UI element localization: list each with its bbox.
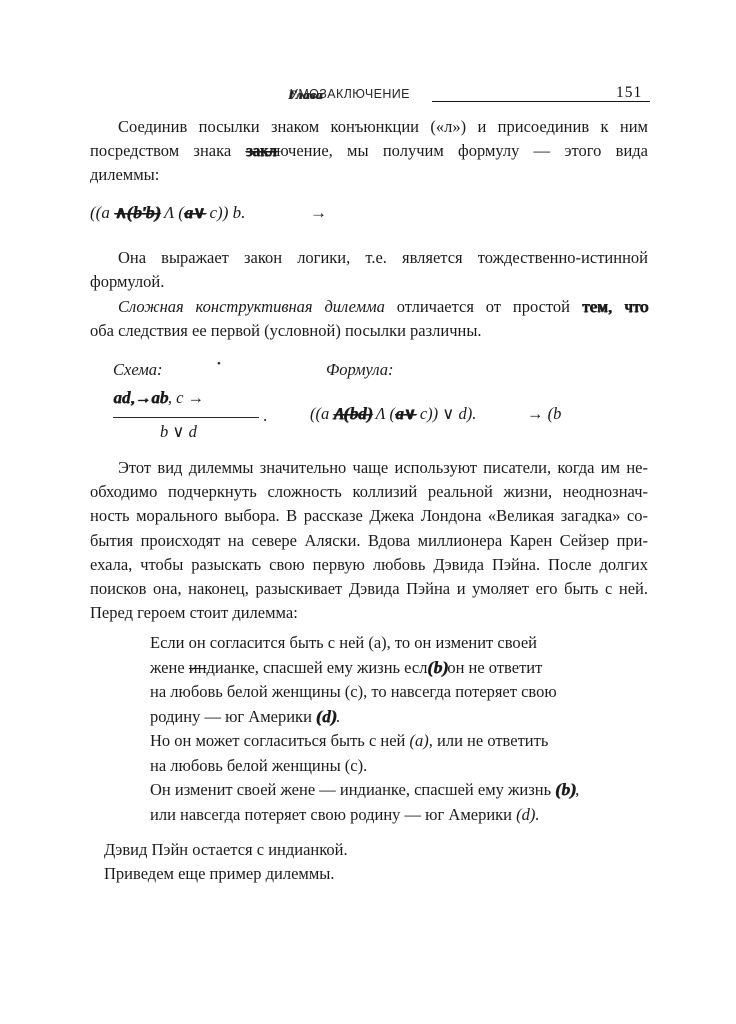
text-line: ехала, чтобы разыскать свою первую любов… [90, 553, 648, 577]
text-segment: (b) [555, 780, 575, 799]
text-segment: дианке, спасшей ему жизнь есл [206, 658, 427, 677]
text-segment: c)) [205, 203, 232, 222]
formula-complex-dilemma: ((a Λ(bd) Λ (a∨ c)) ∨ d). [310, 404, 476, 424]
text-segment: поисков она, наконец, разыскивает Дэвида… [90, 579, 648, 598]
text-line: Он изменит своей жене — индианке, спасше… [150, 778, 579, 803]
schema-premises: ad,→ab, c → [113, 388, 204, 408]
text-line: оба следствия ее первой (условной) посыл… [90, 319, 648, 343]
inference-rule-line [113, 417, 259, 418]
text-segment: Λ ( [372, 404, 395, 423]
text-segment: Но он может согласиться быть с ней [150, 731, 410, 750]
dilemma-quote-block: Если он согласится быть с ней (а), то он… [150, 631, 579, 827]
text-segment: ин [189, 658, 207, 677]
text-segment: или навсегда потеряет свою родину — юг А… [150, 805, 516, 824]
text-segment: . [336, 707, 340, 726]
schema-conclusion: b ∨ d [160, 422, 197, 442]
bullet-dot: • [217, 358, 221, 370]
text-segment: родину — юг Америки [150, 707, 316, 726]
text-line: ность морального выбора. В рассказе Джек… [90, 504, 648, 528]
paragraph-story: Этот вид дилеммы значительно чаще исполь… [90, 456, 648, 625]
closing-lines: Дэвид Пэйн остается с индианкой.Приведем… [104, 838, 348, 887]
text-segment: посредством знака [90, 141, 245, 160]
text-segment: Если он согласится быть с ней (а), то он… [150, 633, 537, 652]
text-line: посредством знака заключение, мы получим… [90, 139, 648, 163]
text-segment: формулой. [90, 272, 164, 291]
text-segment: (d) [316, 707, 336, 726]
text-segment: Он изменит своей жене — индианке, спасше… [150, 780, 555, 799]
schema-block: Схема: • Формула: ad,→ab, c → . b ∨ d ((… [90, 360, 648, 455]
text-segment: Соединив посылки знаком конъюнкции («л»)… [118, 117, 648, 136]
text-segment: ad,→ab [113, 388, 168, 407]
paragraph-complex-dilemma: Сложная конструктивная дилемма отличаетс… [90, 295, 648, 343]
schema-label: Схема: [113, 360, 163, 380]
text-segment: обходимо подчеркнуть сложность коллизий … [90, 482, 648, 501]
text-segment: или не ответить [433, 731, 548, 750]
text-line: дилеммы: [90, 163, 648, 187]
text-segment: закл [245, 141, 276, 160]
text-segment: (b) [427, 658, 447, 677]
text-line: Если он согласится быть с ней (а), то он… [150, 631, 579, 656]
formula-simple-dilemma: ((a ∧(b′b) Λ (a∨ c)) b. → [90, 203, 245, 223]
text-line: обходимо подчеркнуть сложность коллизий … [90, 480, 648, 504]
text-line: жене индианке, спасшей ему жизнь есл(b)о… [150, 656, 579, 681]
text-segment: ность морального выбора. В рассказе Джек… [90, 506, 648, 525]
text-segment: b. [233, 203, 246, 222]
text-segment: ючение, мы получим формулу — этого вида [276, 141, 648, 160]
text-segment: жене [150, 658, 189, 677]
text-segment: (a), [410, 731, 433, 750]
text-segment: дилеммы: [90, 165, 159, 184]
book-page: УМОЗАКЛЮЧЕНИЕ Глава 151 Соединив посылки… [0, 0, 736, 1024]
text-segment: Перед героем стоит дилемма: [90, 603, 298, 622]
text-segment: Этот вид дилеммы значительно чаще исполь… [118, 458, 648, 477]
text-line: поисков она, наконец, разыскивает Дэвида… [90, 577, 648, 601]
text-segment: ((a [310, 404, 333, 423]
text-segment: Сложная конструктивная дилемма [118, 297, 385, 316]
text-segment: оба следствия ее первой (условной) посыл… [90, 321, 482, 340]
text-segment: , c → [168, 388, 204, 407]
text-line: Этот вид дилеммы значительно чаще исполь… [90, 456, 648, 480]
text-segment: , [575, 780, 579, 799]
running-header-overprint: Глава [288, 87, 323, 103]
formula-simple-text: ((a ∧(b′b) Λ (a∨ c)) b. [90, 203, 245, 222]
text-segment: Дэвид Пэйн остается с индианкой. [104, 840, 348, 859]
text-segment: на любовь белой женщины (с), то навсегда… [150, 682, 557, 701]
text-line: на любовь белой женщины (с). [150, 754, 579, 779]
page-number: 151 [616, 84, 642, 102]
rule-dot: . [263, 406, 267, 426]
text-segment: a∨ [395, 404, 416, 423]
text-line: или навсегда потеряет свою родину — юг А… [150, 803, 579, 828]
text-segment: a∨ [184, 203, 205, 222]
text-line: Дэвид Пэйн остается с индианкой. [104, 838, 348, 862]
text-segment: c)) ∨ d). [416, 404, 477, 423]
text-segment: ((a [90, 203, 114, 222]
text-segment: Приведем еще пример дилеммы. [104, 864, 334, 883]
formula-label: Формула: [326, 360, 394, 380]
text-segment: ехала, чтобы разыскать свою первую любов… [90, 555, 648, 574]
text-segment: Она выражает закон логики, т.е. является… [118, 248, 648, 267]
text-segment: бытия происходят на севере Аляски. Вдова… [90, 531, 648, 550]
text-line: Приведем еще пример дилеммы. [104, 862, 348, 886]
text-segment: Λ(bd) [333, 404, 371, 423]
text-line: Она выражает закон логики, т.е. является… [90, 246, 648, 270]
running-header: УМОЗАКЛЮЧЕНИЕ Глава [290, 87, 410, 103]
text-segment: (d). [516, 805, 539, 824]
formula-complex-arrow: → (b [527, 404, 561, 424]
text-line: бытия происходят на севере Аляски. Вдова… [90, 529, 648, 553]
text-line: Перед героем стоит дилемма: [90, 601, 648, 625]
text-line: на любовь белой женщины (с), то навсегда… [150, 680, 579, 705]
text-line: формулой. [90, 270, 648, 294]
text-line: родину — юг Америки (d). [150, 705, 579, 730]
text-segment: на любовь белой женщины (с). [150, 756, 367, 775]
text-segment: он не ответит [447, 658, 542, 677]
text-line: Но он может согласиться быть с ней (a), … [150, 729, 579, 754]
paragraph-intro: Соединив посылки знаком конъюнкции («л»)… [90, 115, 648, 188]
text-line: Сложная конструктивная дилемма отличаетс… [90, 295, 648, 319]
text-segment: Λ ( [160, 203, 184, 222]
text-segment: тем, что [582, 297, 648, 316]
text-segment: отличается от простой [385, 297, 582, 316]
text-line: Соединив посылки знаком конъюнкции («л»)… [90, 115, 648, 139]
implication-arrow: → [310, 203, 327, 223]
text-segment: ∧(b′b) [114, 203, 160, 222]
paragraph-law: Она выражает закон логики, т.е. является… [90, 246, 648, 294]
